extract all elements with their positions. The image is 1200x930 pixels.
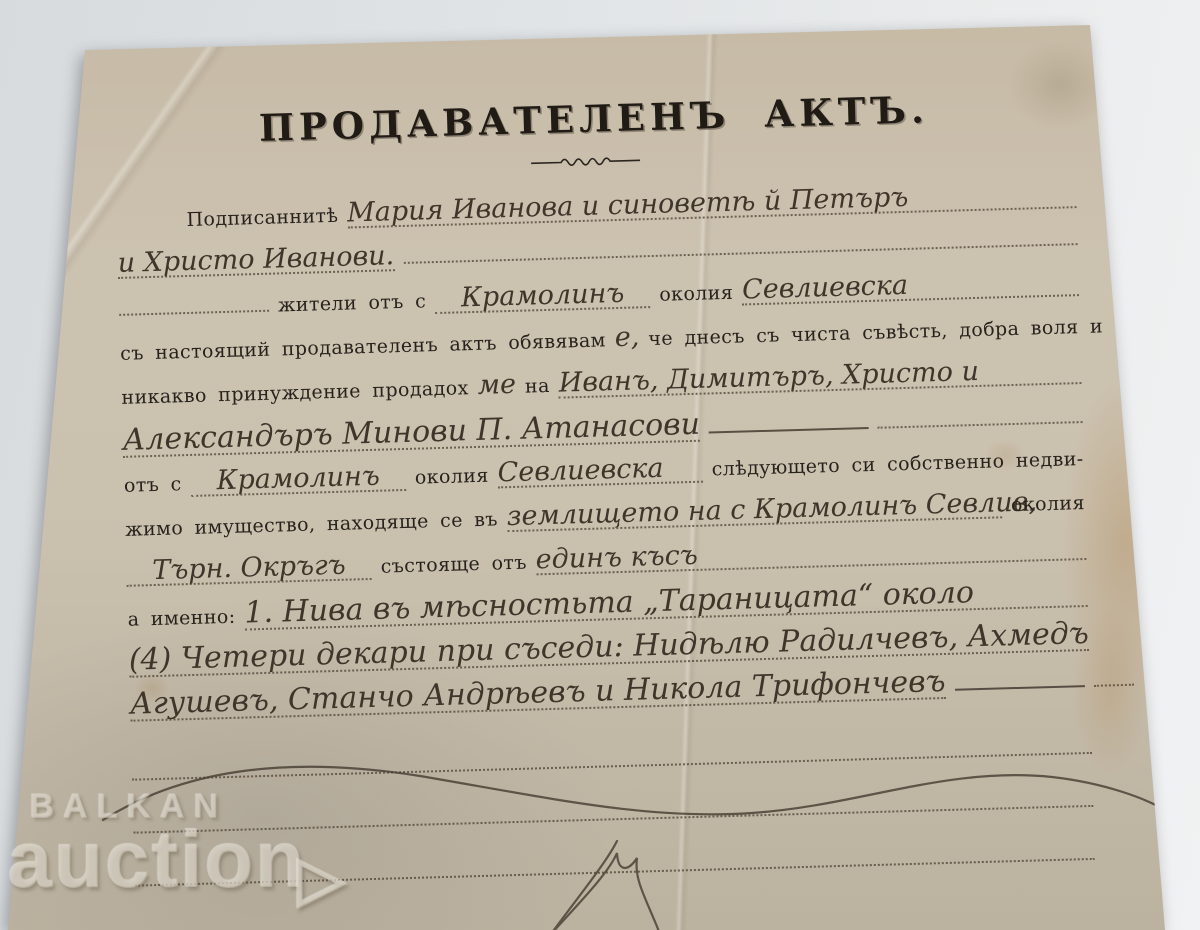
printed-text: на [525,375,550,398]
printed-text: жители отъ с [278,290,427,316]
printed-text: околия [659,282,733,306]
wavy-divider-icon [529,153,661,169]
handwritten-text: Крамолинъ [435,279,651,314]
printed-text: слѣдующето си собственно недви- [711,448,1084,480]
handwritten-text: Крамолинъ [190,462,406,497]
handwritten-text: е, [614,323,639,351]
blank-dotted-line [403,240,1077,264]
printed-text: околия [415,465,489,489]
printed-text: а именно: [127,606,235,631]
document-paper: ПРОДАВАТЕЛЕНЪ АКТЪ. ПодписаннитѣМария Ив… [0,0,1200,930]
printed-text: никакво принуждение продадох [121,377,469,409]
document-title: ПРОДАВАТЕЛЕНЪ АКТЪ. [113,83,1074,154]
printed-text: околия [1011,492,1085,516]
blank-dotted-line [119,307,269,316]
printed-text: отъ с [124,473,182,497]
printed-text: състояще отъ [380,552,527,578]
ink-dash [955,683,1085,691]
blank-dotted-line [1094,681,1134,687]
blank-dotted-line [135,855,1095,887]
paper-shadow: ПРОДАВАТЕЛЕНЪ АКТЪ. ПодписаннитѣМария Ив… [0,0,1200,930]
ink-dash [709,425,869,433]
photo-background: ПРОДАВАТЕЛЕНЪ АКТЪ. ПодписаннитѣМария Ив… [0,0,1200,930]
document-lines: ПодписаннитѣМария Иванова и синоветѣ й П… [116,179,1095,893]
handwritten-text: Севлиевска [497,454,703,489]
handwritten-text: ме [477,371,516,399]
printed-text: Подписаннитѣ [186,205,338,231]
handwritten-text: Търн. Окръгъ [126,551,372,587]
document-content: ПРОДАВАТЕЛЕНЪ АКТЪ. ПодписаннитѣМария Ив… [112,31,1095,892]
blank-dotted-line [878,418,1083,429]
printed-text: жимо имущество, находяще се въ [125,508,498,540]
handwritten-text: Мария Иванова и синоветѣ й Петъръ [347,179,1077,228]
handwritten-text: Севлиевска [742,267,1079,305]
handwritten-text: и Христо Иванови. [117,242,394,279]
